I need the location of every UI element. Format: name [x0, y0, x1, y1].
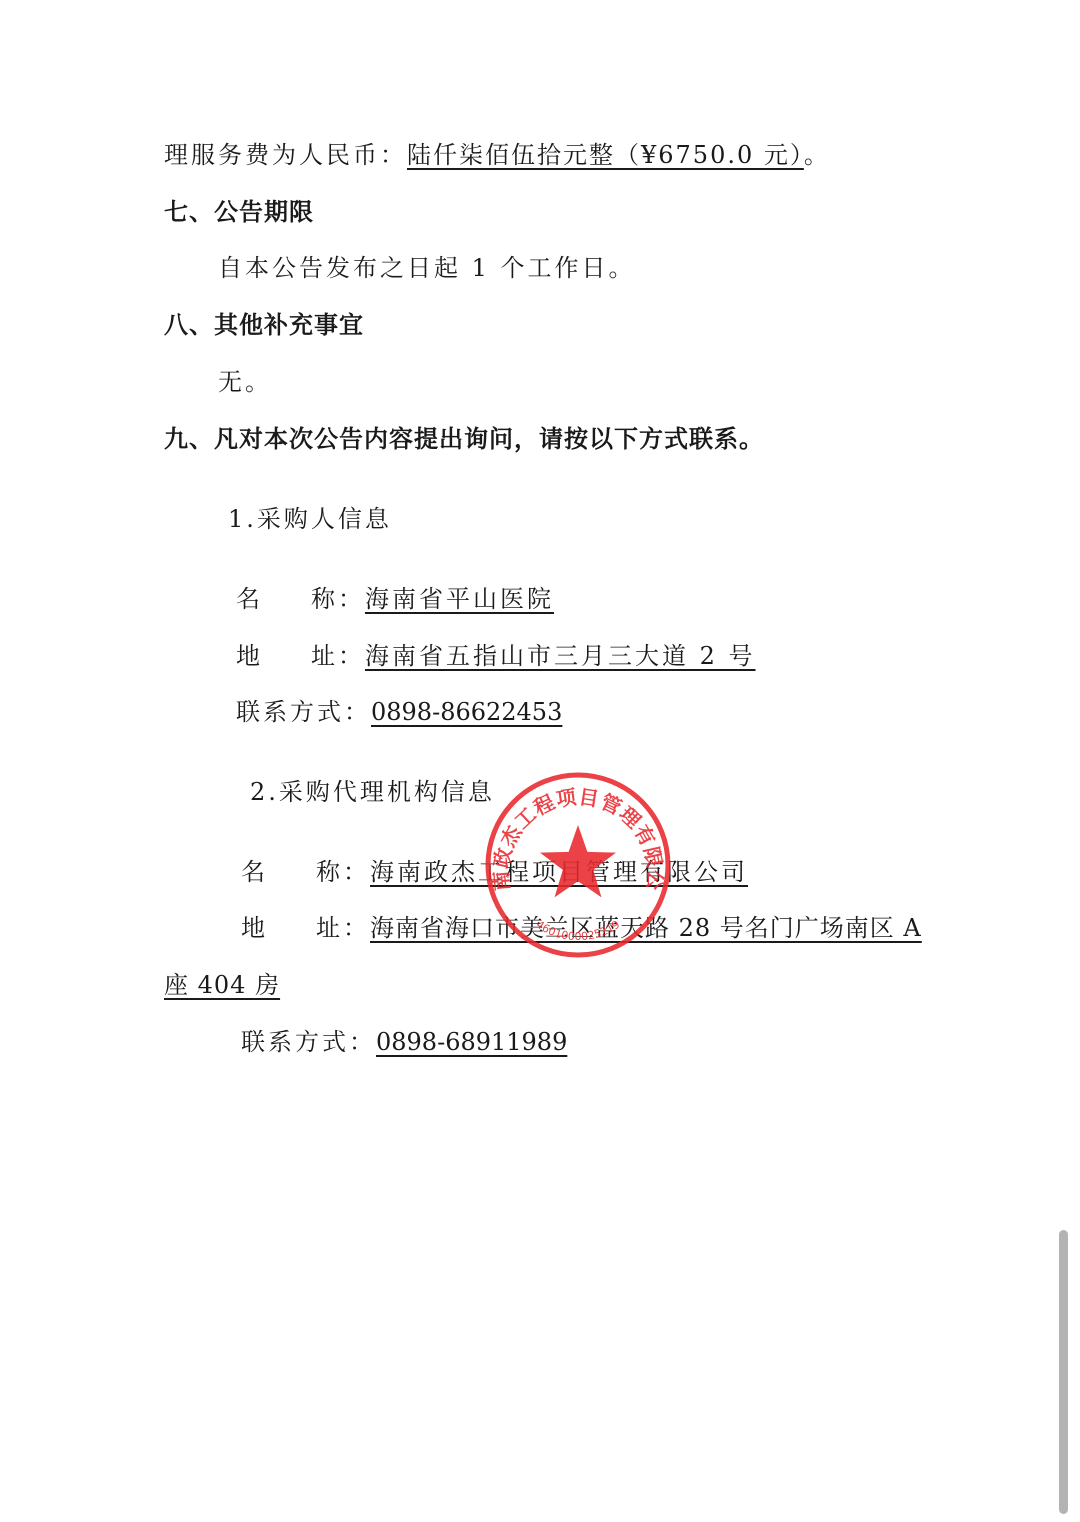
agency-title: 2.采购代理机构信息: [250, 777, 495, 807]
agency-address-line2: 座 404 房: [164, 971, 280, 999]
agency-name: 海南政杰工程项目管理有限公司: [370, 858, 748, 886]
fee-prefix: 理服务费为人民币：: [164, 141, 407, 169]
purchaser-name-row: 名称：海南省平山医院: [236, 584, 554, 614]
agency-contact-label: 联系方式：: [241, 1028, 376, 1056]
section-heading-8: 八、其他补充事宜: [164, 310, 364, 340]
section-heading-7: 七、公告期限: [164, 197, 314, 227]
section-heading-9: 九、凡对本次公告内容提出询问，请按以下方式联系。: [164, 424, 764, 454]
section-body-8: 无。: [218, 367, 272, 397]
agency-name-label-2: 称：: [316, 858, 370, 886]
fee-suffix: 。: [804, 141, 831, 169]
section-body-7: 自本公告发布之日起 1 个工作日。: [218, 253, 636, 283]
purchaser-address-label-2: 址：: [311, 642, 365, 670]
agency-address-label-2: 址：: [316, 914, 370, 942]
purchaser-address: 海南省五指山市三月三大道 2 号: [365, 642, 756, 670]
purchaser-title: 1.采购人信息: [228, 504, 392, 534]
purchaser-name-label-2: 称：: [311, 585, 365, 613]
agency-name-row: 名称：海南政杰工程项目管理有限公司: [241, 857, 748, 887]
agency-name-label-1: 名: [241, 857, 316, 887]
fee-amount: 陆仟柒佰伍拾元整（¥6750.0 元）: [407, 141, 804, 169]
agency-address-line1: 海南省海口市美兰区蓝天路 28 号名门广场南区 A: [370, 914, 922, 942]
vertical-scrollbar[interactable]: [1059, 1230, 1068, 1514]
agency-address-row: 地址：海南省海口市美兰区蓝天路 28 号名门广场南区 A: [241, 913, 922, 943]
purchaser-address-row: 地址：海南省五指山市三月三大道 2 号: [236, 641, 756, 671]
purchaser-contact-row: 联系方式：0898-86622453: [236, 697, 562, 727]
purchaser-contact: 0898-86622453: [371, 698, 562, 726]
purchaser-name-label-1: 名: [236, 584, 311, 614]
agency-contact-row: 联系方式：0898-68911989: [241, 1027, 567, 1057]
agency-contact: 0898-68911989: [376, 1028, 567, 1056]
purchaser-contact-label: 联系方式：: [236, 698, 371, 726]
purchaser-address-label-1: 地: [236, 641, 311, 671]
agency-address-continuation: 座 404 房: [164, 970, 280, 1000]
purchaser-name: 海南省平山医院: [365, 585, 554, 613]
agency-address-label-1: 地: [241, 913, 316, 943]
fee-line: 理服务费为人民币：陆仟柒佰伍拾元整（¥6750.0 元）。: [164, 140, 831, 170]
